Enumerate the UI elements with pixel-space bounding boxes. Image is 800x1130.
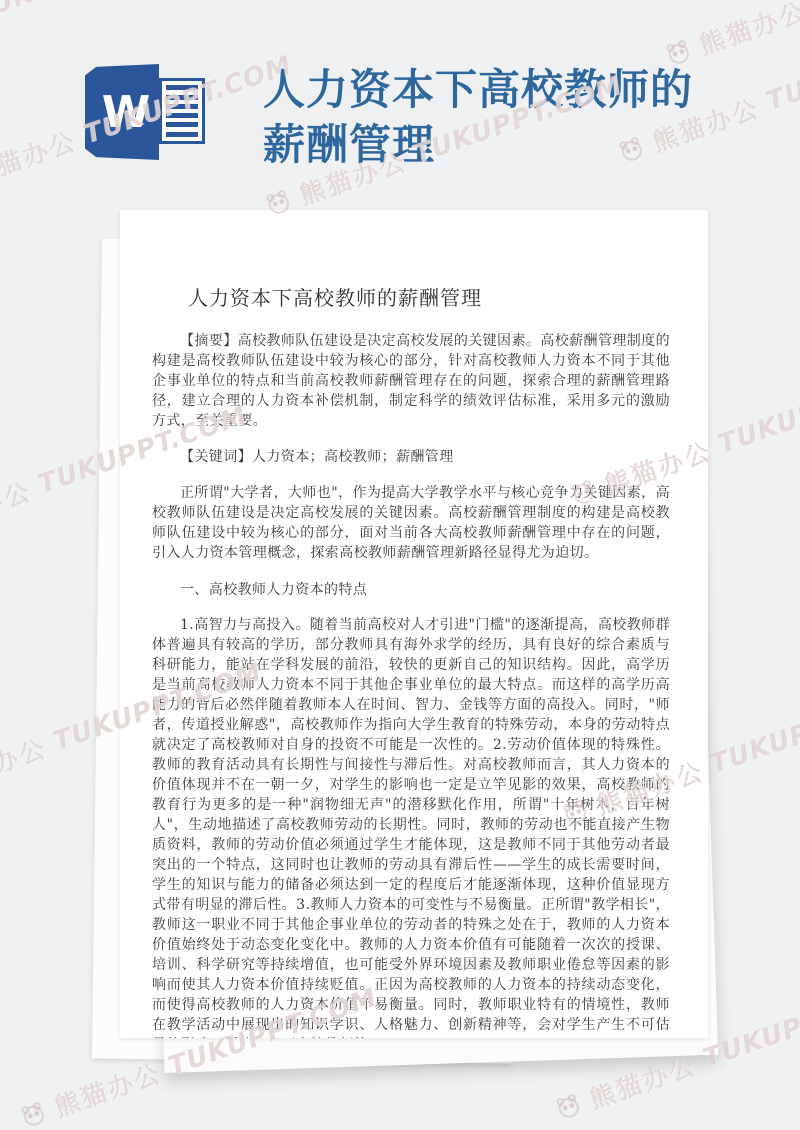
watermark-brand: 熊猫办公	[0, 122, 82, 193]
panda-icon	[551, 1089, 587, 1125]
intro-paragraph: 正所谓"大学者，大师也"，作为提高大学教学水平与核心竞争力关键因素，高校教师队伍…	[152, 483, 670, 563]
document-page: 人力资本下高校教师的薪酬管理 【摘要】高校教师队伍建设是决定高校发展的关键因素。…	[120, 210, 708, 1038]
body-paragraph: 1.高智力与高投入。随着当前高校对人才引进"门槛"的逐渐提高，高校教师群体普遍具…	[152, 615, 670, 1038]
watermark-domain: TUKUPPT.COM	[715, 361, 800, 461]
word-icon-letter: W	[102, 87, 151, 138]
word-flag: W	[85, 64, 159, 160]
page-title: 人力资本下高校教师的 薪酬管理	[263, 62, 693, 172]
word-document-icon	[159, 78, 205, 144]
watermark-domain: TUKUPPT.COM	[763, 18, 800, 118]
abstract-paragraph: 【摘要】高校教师队伍建设是决定高校发展的关键因素。高校薪酬管理制度的构建是高校教…	[152, 331, 670, 431]
section-heading: 一、高校教师人力资本的特点	[152, 580, 670, 600]
document-title: 人力资本下高校教师的薪酬管理	[188, 282, 670, 311]
page-background: W 人力资本下高校教师的 薪酬管理 人力资本下高校教师的薪酬管理 【摘要】高校教…	[0, 0, 800, 1130]
keywords-paragraph: 【关键词】人力资本；高校教师；薪酬管理	[152, 447, 670, 467]
watermark-brand: 熊猫办公	[694, 0, 800, 62]
watermark-domain: TUKUPPT.COM	[707, 681, 800, 781]
panda-icon	[16, 1097, 52, 1130]
header: W 人力资本下高校教师的 薪酬管理	[85, 62, 693, 172]
page-title-line2: 薪酬管理	[263, 117, 693, 172]
watermark-brand: 熊猫办公	[49, 1054, 167, 1125]
page-title-line1: 人力资本下高校教师的	[263, 62, 693, 117]
watermark-brand: 熊猫办公	[0, 729, 52, 800]
word-icon: W	[85, 62, 205, 166]
watermark-brand: 熊猫办公	[0, 472, 37, 543]
watermark-domain: TUKUPPT.COM	[0, 0, 186, 27]
